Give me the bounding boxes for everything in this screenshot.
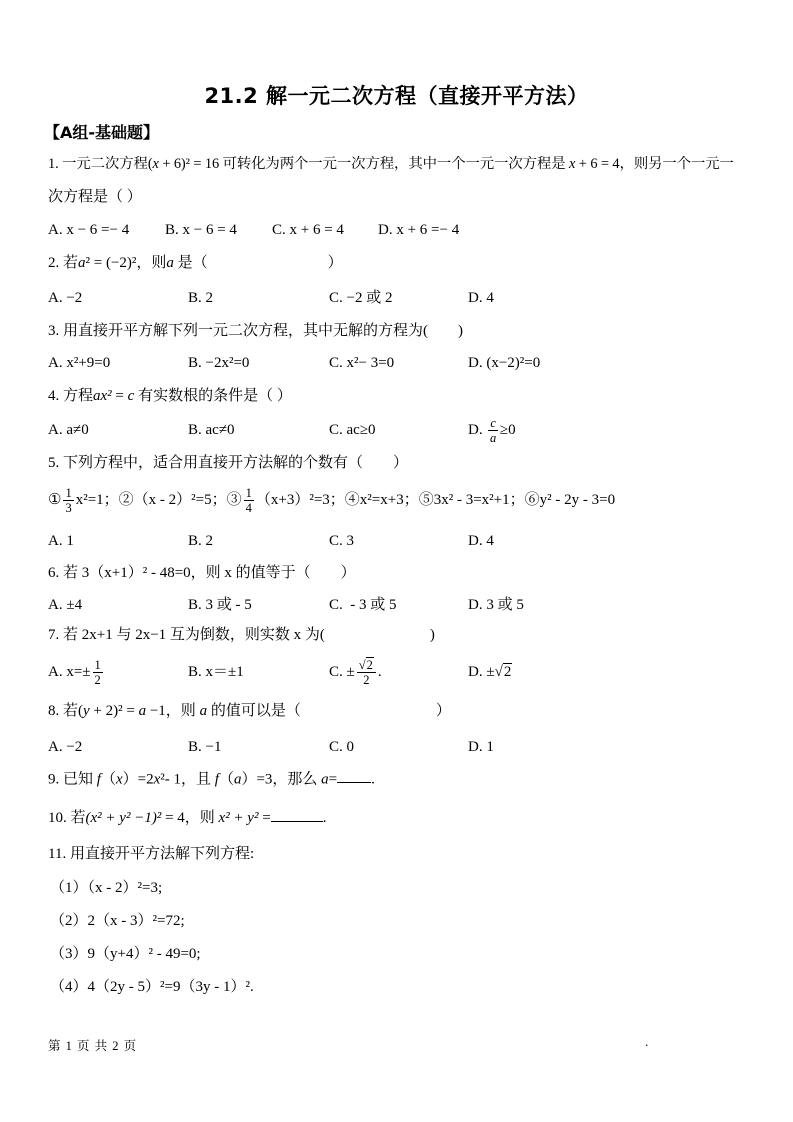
- q2-options-A: A. −2: [48, 287, 82, 309]
- text-segment: + 6)² = 16 可转化为两个一元一次方程，其中一个一元一次方程是: [159, 156, 569, 172]
- q11-text: 11. 用直接开平方法解下列方程:: [48, 843, 254, 865]
- text-segment: 3. 用直接开平方解下列一元二次方程，其中无解的方程为( ): [48, 323, 463, 339]
- q6-options-C: C. - 3 或 5: [329, 594, 397, 616]
- text-segment: B. x − 6 = 4: [165, 222, 237, 238]
- text-segment: y: [83, 703, 90, 719]
- text-segment: （: [219, 771, 234, 787]
- text-segment: + 6 = 4，则另一个一元一: [575, 156, 734, 172]
- text-segment: C. 3: [329, 533, 354, 549]
- radicand: 2: [366, 657, 374, 672]
- text-segment: （2）2（x - 3）²=72;: [50, 913, 185, 929]
- text-segment: D. 3 或 5: [468, 597, 524, 613]
- q3-text: 3. 用直接开平方解下列一元二次方程，其中无解的方程为( ): [48, 320, 463, 342]
- radicand: 2: [503, 663, 513, 680]
- fraction: ca: [488, 416, 498, 446]
- page-title: 21.2 解一元二次方程（直接开平方法）: [0, 80, 793, 110]
- text-segment: （3）9（y+4）² - 49=0;: [50, 946, 201, 962]
- q2-text: 2. 若a² = (−2)²，则a 是（ ）: [48, 252, 343, 274]
- text-segment: A. a≠0: [48, 422, 89, 438]
- answer-blank: [337, 768, 371, 783]
- text-segment: D. 1: [468, 739, 494, 755]
- text-segment: a: [200, 703, 208, 719]
- q1-text-line1: 1. 一元二次方程(x + 6)² = 16 可转化为两个一元一次方程，其中一个…: [48, 153, 734, 175]
- text-segment: ）=2: [123, 771, 154, 787]
- text-segment: =: [329, 771, 337, 787]
- text-segment: .: [371, 771, 375, 787]
- q7-options-A: A. x=±12: [48, 648, 105, 696]
- text-segment: D. 4: [468, 533, 494, 549]
- text-segment: 6. 若 3（x+1）² - 48=0，则 x 的值等于（ ）: [48, 565, 356, 581]
- fraction: 12: [93, 658, 103, 688]
- q6-text: 6. 若 3（x+1）² - 48=0，则 x 的值等于（ ）: [48, 562, 356, 584]
- answer-blank: [271, 807, 323, 822]
- q10-text: 10. 若(x² + y² −1)² = 4，则 x² + y² =.: [48, 800, 326, 836]
- q7-options: A. x=±12B. x＝±1C. ±√22.D. ±√2: [48, 648, 768, 696]
- text-segment: a: [321, 771, 329, 787]
- text-segment: 4. 方程: [48, 388, 93, 404]
- text-segment: 1. 一元二次方程(: [48, 156, 153, 172]
- q1-options-A: A. x − 6 =− 4: [48, 219, 129, 241]
- q8-text: 8. 若(y + 2)² = a −1，则 a 的值可以是（ ）: [48, 700, 451, 722]
- text-segment: ²- 1，且: [160, 771, 215, 787]
- q7-options-B: B. x＝±1: [188, 648, 244, 696]
- fraction-denominator: 2: [93, 673, 103, 687]
- fraction: 13: [63, 486, 73, 516]
- q3-options-C: C. x²− 3=0: [329, 352, 394, 374]
- text-segment: x²=1；②（x - 2）²=5；③: [76, 492, 242, 508]
- text-segment: 8. 若(: [48, 703, 83, 719]
- fraction-denominator: a: [488, 431, 498, 445]
- text-segment: 7. 若 2x+1 与 2x−1 互为倒数，则实数 x 为( ): [48, 627, 435, 643]
- text-segment: A. x=±: [48, 664, 91, 680]
- text-segment: D. (x−2)²=0: [468, 355, 540, 371]
- text-segment: = 4，则: [161, 810, 218, 826]
- text-segment: A. x − 6 =− 4: [48, 222, 129, 238]
- fraction: √22: [357, 658, 376, 688]
- q5-options-D: D. 4: [468, 530, 494, 552]
- q4-options-A: A. a≠0: [48, 408, 89, 452]
- q9-text: 9. 已知 f（x）=2x²- 1，且 f（a）=3，那么 a=.: [48, 768, 375, 790]
- text-segment: ）=3，那么: [241, 771, 321, 787]
- text-segment: （: [101, 771, 116, 787]
- q4-options: A. a≠0B. ac≠0C. ac≥0D. ca≥0: [48, 408, 768, 452]
- text-segment: 5. 下列方程中，适合用直接开方法解的个数有（ ）: [48, 455, 408, 471]
- q2-options-B: B. 2: [188, 287, 213, 309]
- text-segment: （1）（x - 2）²=3;: [50, 880, 162, 896]
- square-root: √2: [495, 663, 513, 680]
- q6-options-A: A. ±4: [48, 594, 82, 616]
- text-segment: C. - 3 或 5: [329, 597, 397, 613]
- text-segment: 次方程是（ ）: [48, 189, 142, 205]
- q2-options-D: D. 4: [468, 287, 494, 309]
- q1-options-D: D. x + 6 =− 4: [378, 219, 459, 241]
- q5-options-C: C. 3: [329, 530, 354, 552]
- text-segment: C. 0: [329, 739, 354, 755]
- text-segment: B. 2: [188, 290, 213, 306]
- q8-options-A: A. −2: [48, 736, 82, 758]
- q8-options-D: D. 1: [468, 736, 494, 758]
- q4-options-B: B. ac≠0: [188, 408, 235, 452]
- footer-page-number: 第 1 页 共 2 页: [48, 1036, 137, 1054]
- q4-options-D: D. ca≥0: [468, 408, 516, 452]
- text-segment: D. x + 6 =− 4: [378, 222, 459, 238]
- text-segment: 的值可以是（ ）: [207, 703, 451, 719]
- text-segment: D. 4: [468, 290, 494, 306]
- text-segment: B. 2: [188, 533, 213, 549]
- section-header: 【A组-基础题】: [44, 120, 159, 143]
- text-segment: −1，则: [146, 703, 199, 719]
- fraction: 14: [244, 486, 254, 516]
- text-segment: .: [323, 810, 327, 826]
- q5-items: ①13x²=1；②（x - 2）²=5；③14（x+3）²=3；④x²=x+3；…: [48, 478, 615, 522]
- text-segment: B. ac≠0: [188, 422, 235, 438]
- text-segment: 11. 用直接开平方法解下列方程:: [48, 846, 254, 862]
- q3-options-A: A. x²+9=0: [48, 352, 110, 374]
- text-segment: 9. 已知: [48, 771, 97, 787]
- text-segment: 10. 若: [48, 810, 86, 826]
- text-segment: x² + y²: [219, 810, 259, 826]
- fraction-numerator: 1: [93, 658, 103, 673]
- q2-options-C: C. −2 或 2: [329, 287, 392, 309]
- text-segment: a: [78, 255, 86, 271]
- fraction-numerator: c: [488, 416, 498, 431]
- text-segment: （4）4（2y - 5）²=9（3y - 1）².: [50, 979, 254, 995]
- text-segment: 有实数根的条件是（ ）: [134, 388, 292, 404]
- q11-sub4: （4）4（2y - 5）²=9（3y - 1）².: [50, 976, 254, 998]
- q1-options-B: B. x − 6 = 4: [165, 219, 237, 241]
- q11-sub1: （1）（x - 2）²=3;: [50, 877, 162, 899]
- text-segment: ² = (−2)²，则: [86, 255, 167, 271]
- text-segment: B. −2x²=0: [188, 355, 249, 371]
- q11-sub3: （3）9（y+4）² - 49=0;: [50, 943, 201, 965]
- text-segment: .: [378, 664, 382, 680]
- q7-text: 7. 若 2x+1 与 2x−1 互为倒数，则实数 x 为( ): [48, 624, 435, 646]
- text-segment: B. x＝±1: [188, 664, 244, 680]
- text-segment: a: [166, 255, 174, 271]
- text-segment: 是（ ）: [174, 255, 343, 271]
- q3-options-D: D. (x−2)²=0: [468, 352, 540, 374]
- text-segment: C. x²− 3=0: [329, 355, 394, 371]
- q5-options-B: B. 2: [188, 530, 213, 552]
- text-segment: C. x + 6 = 4: [272, 222, 344, 238]
- fraction-numerator: 1: [244, 486, 254, 501]
- text-segment: ax²: [93, 388, 112, 404]
- text-segment: a: [139, 703, 147, 719]
- q1-options-C: C. x + 6 = 4: [272, 219, 344, 241]
- text-segment: C. ±: [329, 664, 355, 680]
- text-segment: ①: [48, 492, 61, 508]
- fraction-denominator: 4: [244, 501, 254, 515]
- q1-text-line2: 次方程是（ ）: [48, 186, 142, 208]
- text-segment: (x² + y² −1)²: [86, 810, 162, 826]
- q7-options-C: C. ±√22.: [329, 648, 382, 696]
- q8-options-C: C. 0: [329, 736, 354, 758]
- text-segment: 2. 若: [48, 255, 78, 271]
- text-segment: + 2)² =: [90, 703, 139, 719]
- q4-text: 4. 方程ax² = c 有实数根的条件是（ ）: [48, 385, 292, 407]
- text-segment: =: [112, 388, 128, 404]
- document-page: 21.2 解一元二次方程（直接开平方法） 【A组-基础题】 1. 一元二次方程(…: [0, 0, 793, 1122]
- text-segment: A. x²+9=0: [48, 355, 110, 371]
- text-segment: A. 1: [48, 533, 74, 549]
- text-segment: C. −2 或 2: [329, 290, 392, 306]
- text-segment: =: [258, 810, 270, 826]
- text-segment: ≥0: [500, 422, 516, 438]
- text-segment: D. ±: [468, 664, 495, 680]
- q6-options-B: B. 3 或 - 5: [188, 594, 252, 616]
- q8-options-B: B. −1: [188, 736, 221, 758]
- text-segment: A. −2: [48, 739, 82, 755]
- q5-text: 5. 下列方程中，适合用直接开方法解的个数有（ ）: [48, 452, 408, 474]
- q5-options-A: A. 1: [48, 530, 74, 552]
- q7-options-D: D. ±√2: [468, 648, 512, 696]
- footer-dot: .: [645, 1034, 648, 1050]
- q3-options-B: B. −2x²=0: [188, 352, 249, 374]
- fraction-denominator: 3: [63, 501, 73, 515]
- q11-sub2: （2）2（x - 3）²=72;: [50, 910, 185, 932]
- q6-options-D: D. 3 或 5: [468, 594, 524, 616]
- text-segment: A. ±4: [48, 597, 82, 613]
- text-segment: x: [116, 771, 123, 787]
- fraction-denominator: 2: [357, 673, 376, 687]
- text-segment: C. ac≥0: [329, 422, 376, 438]
- text-segment: B. −1: [188, 739, 221, 755]
- fraction-numerator: 1: [63, 486, 73, 501]
- q4-options-C: C. ac≥0: [329, 408, 376, 452]
- text-segment: D.: [468, 422, 486, 438]
- text-segment: A. −2: [48, 290, 82, 306]
- text-segment: B. 3 或 - 5: [188, 597, 252, 613]
- fraction-numerator: √2: [357, 658, 376, 673]
- text-segment: （x+3）²=3；④x²=x+3；⑤3x² - 3=x²+1；⑥y² - 2y …: [256, 492, 615, 508]
